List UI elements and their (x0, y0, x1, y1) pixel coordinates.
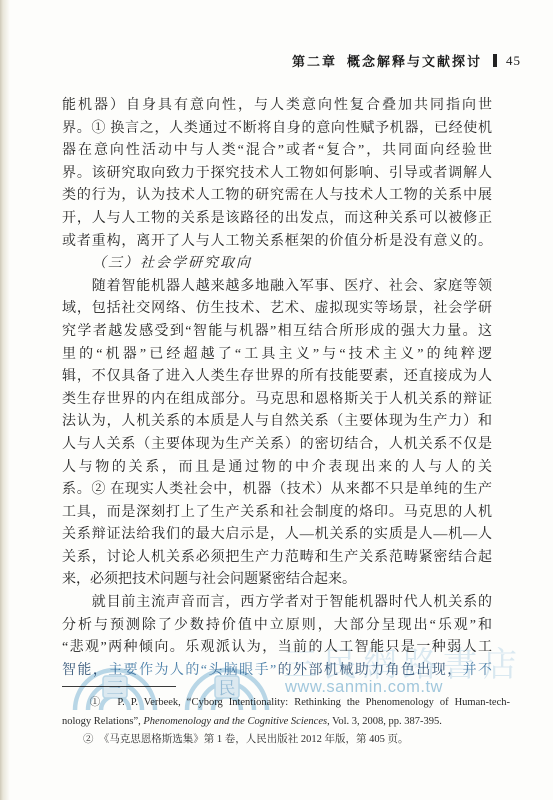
body-text-line: 能机器）自身具有意向性，与人类意向性复合叠加共同指向世 (62, 95, 492, 118)
text-segment: 就目前主流声音而言，西方学者对于智能机器时代人机关系的 (62, 595, 492, 610)
text-segment: 智能， (62, 663, 108, 678)
body-text-line: （三）社会学研究取向 (62, 253, 492, 276)
body-text-line: 辑，不仅具备了进入人类生存世界的所有技能要素，还直接成为人 (62, 366, 492, 389)
body-text-line: 界。该研究取向致力于探究技术人工物如何影响、引导或者调解人 (62, 163, 492, 186)
page-header: 第二章 概念解释与文献探讨 45 (292, 51, 521, 70)
body-text-line: 关系，讨论人机关系必须把生产力范畴和生产关系范畴紧密结合起 (62, 547, 492, 570)
text-segment: 并不 (463, 663, 492, 678)
text-segment: “悲观”两种倾向。乐观派认为，当前的人工智能只是一种弱人工 (62, 640, 492, 655)
body-text-line: 域，包括社交网络、仿生技术、艺术、虚拟现实等场景，社会学研 (62, 298, 492, 321)
text-segment: 辑，不仅具备了进入人类生存世界的所有技能要素，还直接成为人 (62, 369, 492, 384)
text-segment: 人与人关系（主要体现为生产关系）的密切结合，人机关系不仅是 (62, 437, 492, 452)
body-text-line: 法认为，人机关系的本质是人与自然关系（主要体现为生产力）和 (62, 411, 492, 434)
body-text-line: 分析与预测除了少数持价值中立原则，大部分呈现出“乐观”和 (62, 615, 492, 638)
text-segment: 主要作为人的“头脑眼手” (108, 663, 276, 678)
body-text-line: 就目前主流声音而言，西方学者对于智能机器时代人机关系的 (62, 592, 492, 615)
text-segment: 工具，而是深刻打上了生产关系和社会制度的烙印。马克思的人机 (62, 505, 492, 520)
body-text-line: 类的行为，认为技术人工物的研究需在人与技术人工物的关系中展 (62, 185, 492, 208)
text-segment: 能机器）自身具有意向性，与人类意向性复合叠加共同指向世 (62, 98, 492, 113)
body-text-line: 人与人关系（主要体现为生产关系）的密切结合，人机关系不仅是 (62, 434, 492, 457)
footnote-line: nology Relations”, Phenomenology and the… (62, 713, 510, 732)
text-segment: ① P. P. Verbeek, “Cyborg Intentionality:… (62, 697, 510, 708)
body-text-line: 人与物的关系，而且是通过物的中介表现出来的人与人的关 (62, 457, 492, 480)
text-segment: 关系辩证法给我们的最大启示是，人—机关系的实质是人—机—人 (62, 527, 492, 542)
footnotes: ① P. P. Verbeek, “Cyborg Intentionality:… (62, 694, 510, 750)
book-page: 第二章 概念解释与文献探讨 45 能机器）自身具有意向性，与人类意向性复合叠加共… (0, 0, 553, 800)
chapter-label: 第二章 (292, 51, 337, 70)
text-segment: 或者重构，离开了人与人工物关系框架的价值分析是没有意义的。 (62, 234, 492, 249)
text-segment: nology Relations”, (62, 716, 143, 727)
footnote-separator (62, 686, 176, 687)
text-segment: 域，包括社交网络、仿生技术、艺术、虚拟现实等场景，社会学研 (62, 301, 492, 316)
body-text-line: 智能，主要作为人的“头脑眼手”的外部机械助力角色出现，并不 (62, 660, 492, 683)
footnote-line: ② 《马克思恩格斯选集》第 1 卷，人民出版社 2012 年版，第 405 页。 (62, 731, 510, 750)
text-segment: 器在意向性活动中与人类“混合”或者“复合”，共同面向经验世 (62, 143, 492, 158)
text-segment: 人与物的关系，而且是通过物的中介表现出来的人与人的关 (62, 460, 492, 475)
text-segment: 究学者越发感受到“智能与机器”相互结合所形成的强大力量。这 (62, 324, 492, 339)
body-text-line: 究学者越发感受到“智能与机器”相互结合所形成的强大力量。这 (62, 321, 492, 344)
text-segment: Phenomenology and the Cognitive Sciences (143, 716, 327, 727)
body-text-line: 来，必须把技术问题与社会问题紧密结合起来。 (62, 569, 492, 592)
text-segment: 的外部机械助力角色出现， (276, 663, 462, 678)
text-segment: 系。② 在现实人类社会中，机器（技术）从来都不只是单纯的生产 (62, 482, 492, 497)
text-segment: ② 《马克思恩格斯选集》第 1 卷，人民出版社 2012 年版，第 405 页。 (62, 734, 409, 745)
body-text: 能机器）自身具有意向性，与人类意向性复合叠加共同指向世界。① 换言之，人类通过不… (62, 95, 492, 682)
body-text-line: 工具，而是深刻打上了生产关系和社会制度的烙印。马克思的人机 (62, 502, 492, 525)
text-segment: 法认为，人机关系的本质是人与自然关系（主要体现为生产力）和 (62, 414, 492, 429)
text-segment: （三）社会学研究取向 (92, 256, 252, 271)
body-text-line: 随着智能机器人越来越多地融入军事、医疗、社会、家庭等领 (62, 276, 492, 299)
text-segment: 来，必须把技术问题与社会问题紧密结合起来。 (62, 572, 356, 587)
footnote-line: ① P. P. Verbeek, “Cyborg Intentionality:… (62, 694, 510, 713)
text-segment: 界。该研究取向致力于探究技术人工物如何影响、引导或者调解人 (62, 166, 492, 181)
body-text-line: 器在意向性活动中与人类“混合”或者“复合”，共同面向经验世 (62, 140, 492, 163)
body-text-line: 类生存世界的内在组成部分。马克思和恩格斯关于人机关系的辩证 (62, 389, 492, 412)
body-text-line: 开，人与人工物的关系是该路径的出发点，而这种关系可以被修正 (62, 208, 492, 231)
text-segment: 开，人与人工物的关系是该路径的出发点，而这种关系可以被修正 (62, 211, 492, 226)
text-segment: , Vol. 3, 2008, pp. 387-395. (327, 716, 442, 727)
body-text-line: 或者重构，离开了人与人工物关系框架的价值分析是没有意义的。 (62, 231, 492, 254)
text-segment: 关系，讨论人机关系必须把生产力范畴和生产关系范畴紧密结合起 (62, 550, 492, 565)
text-segment: 类的行为，认为技术人工物的研究需在人与技术人工物的关系中展 (62, 188, 492, 203)
body-text-line: 系。② 在现实人类社会中，机器（技术）从来都不只是单纯的生产 (62, 479, 492, 502)
text-segment: 随着智能机器人越来越多地融入军事、医疗、社会、家庭等领 (62, 279, 492, 294)
text-segment: 类生存世界的内在组成部分。马克思和恩格斯关于人机关系的辩证 (62, 392, 492, 407)
body-text-line: “悲观”两种倾向。乐观派认为，当前的人工智能只是一种弱人工 (62, 637, 492, 660)
page-binding-edge (0, 0, 10, 800)
page-number: 45 (506, 53, 521, 69)
header-separator-bar (493, 54, 497, 67)
text-segment: 分析与预测除了少数持价值中立原则，大部分呈现出“乐观”和 (62, 618, 492, 633)
body-text-line: 关系辩证法给我们的最大启示是，人—机关系的实质是人—机—人 (62, 524, 492, 547)
body-text-line: 里的“机器”已经超越了“工具主义”与“技术主义”的纯粹逻 (62, 344, 492, 367)
text-segment: 界。① 换言之，人类通过不断将自身的意向性赋予机器，已经使机 (62, 121, 492, 136)
chapter-title: 概念解释与文献探讨 (347, 51, 482, 70)
body-text-line: 界。① 换言之，人类通过不断将自身的意向性赋予机器，已经使机 (62, 118, 492, 141)
text-segment: 里的“机器”已经超越了“工具主义”与“技术主义”的纯粹逻 (62, 347, 492, 362)
